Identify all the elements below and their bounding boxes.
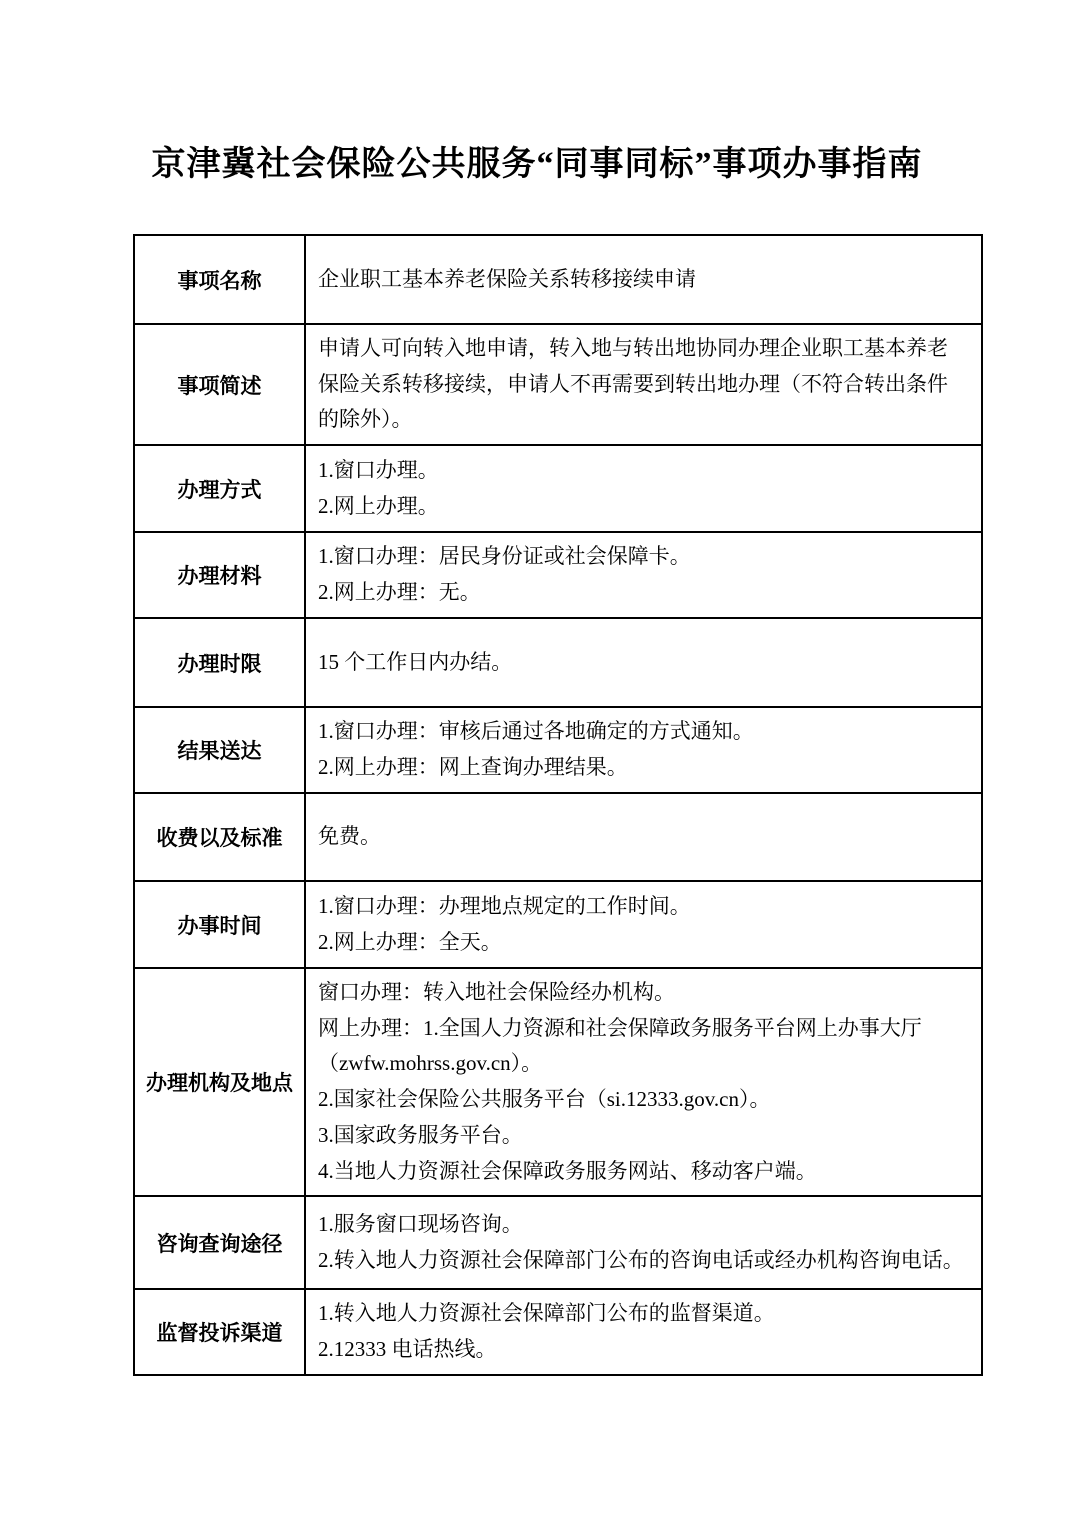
table-row: 办理方式1.窗口办理。2.网上办理。 bbox=[134, 445, 982, 532]
content-line: 3.国家政务服务平台。 bbox=[318, 1118, 967, 1154]
content-line: 1.服务窗口现场咨询。 bbox=[318, 1207, 967, 1243]
row-label: 收费以及标准 bbox=[134, 793, 305, 881]
row-label: 监督投诉渠道 bbox=[134, 1289, 305, 1374]
content-line: 1.窗口办理。 bbox=[318, 453, 967, 489]
row-label: 办理机构及地点 bbox=[134, 968, 305, 1196]
table-row: 办理机构及地点窗口办理：转入地社会保险经办机构。网上办理：1.全国人力资源和社会… bbox=[134, 968, 982, 1196]
row-label: 办事时间 bbox=[134, 881, 305, 968]
content-line: 1.转入地人力资源社会保障部门公布的监督渠道。 bbox=[318, 1296, 967, 1332]
table-row: 收费以及标准免费。 bbox=[134, 793, 982, 881]
table-row: 咨询查询途径1.服务窗口现场咨询。2.转入地人力资源社会保障部门公布的咨询电话或… bbox=[134, 1196, 982, 1289]
row-content: 1.窗口办理。2.网上办理。 bbox=[305, 445, 982, 532]
page-title: 京津冀社会保险公共服务“同事同标”事项办事指南 bbox=[0, 138, 1074, 192]
content-line: 2.网上办理：网上查询办理结果。 bbox=[318, 750, 967, 786]
content-line: 企业职工基本养老保险关系转移接续申请 bbox=[318, 262, 967, 298]
table-row: 办理时限15 个工作日内办结。 bbox=[134, 618, 982, 707]
row-content: 15 个工作日内办结。 bbox=[305, 618, 982, 707]
content-line: 4.当地人力资源社会保障政务服务网站、移动客户端。 bbox=[318, 1154, 967, 1190]
guide-table-body: 事项名称企业职工基本养老保险关系转移接续申请事项简述申请人可向转入地申请，转入地… bbox=[134, 235, 982, 1375]
row-content: 1.窗口办理：办理地点规定的工作时间。2.网上办理：全天。 bbox=[305, 881, 982, 968]
row-label: 咨询查询途径 bbox=[134, 1196, 305, 1289]
content-line: 申请人可向转入地申请，转入地与转出地协同办理企业职工基本养老保险关系转移接续，申… bbox=[318, 331, 967, 438]
content-line: 1.窗口办理：审核后通过各地确定的方式通知。 bbox=[318, 714, 967, 750]
row-content: 窗口办理：转入地社会保险经办机构。网上办理：1.全国人力资源和社会保障政务服务平… bbox=[305, 968, 982, 1196]
row-content: 企业职工基本养老保险关系转移接续申请 bbox=[305, 235, 982, 324]
content-line: 网上办理：1.全国人力资源和社会保障政务服务平台网上办事大厅（zwfw.mohr… bbox=[318, 1011, 967, 1082]
row-content: 1.服务窗口现场咨询。2.转入地人力资源社会保障部门公布的咨询电话或经办机构咨询… bbox=[305, 1196, 982, 1289]
table-row: 结果送达1.窗口办理：审核后通过各地确定的方式通知。2.网上办理：网上查询办理结… bbox=[134, 707, 982, 793]
content-line: 2.国家社会保险公共服务平台（si.12333.gov.cn）。 bbox=[318, 1082, 967, 1118]
content-line: 2.网上办理：无。 bbox=[318, 575, 967, 611]
content-line: 免费。 bbox=[318, 819, 967, 855]
table-row: 办理材料1.窗口办理：居民身份证或社会保障卡。2.网上办理：无。 bbox=[134, 532, 982, 618]
row-content: 申请人可向转入地申请，转入地与转出地协同办理企业职工基本养老保险关系转移接续，申… bbox=[305, 324, 982, 445]
row-label: 办理时限 bbox=[134, 618, 305, 707]
row-label: 办理方式 bbox=[134, 445, 305, 532]
table-row: 办事时间1.窗口办理：办理地点规定的工作时间。2.网上办理：全天。 bbox=[134, 881, 982, 968]
content-line: 2.12333 电话热线。 bbox=[318, 1332, 967, 1368]
content-line: 2.转入地人力资源社会保障部门公布的咨询电话或经办机构咨询电话。 bbox=[318, 1243, 967, 1279]
content-line: 2.网上办理：全天。 bbox=[318, 925, 967, 961]
content-line: 窗口办理：转入地社会保险经办机构。 bbox=[318, 975, 967, 1011]
row-content: 1.窗口办理：居民身份证或社会保障卡。2.网上办理：无。 bbox=[305, 532, 982, 618]
service-guide-table: 事项名称企业职工基本养老保险关系转移接续申请事项简述申请人可向转入地申请，转入地… bbox=[133, 234, 983, 1376]
row-content: 1.转入地人力资源社会保障部门公布的监督渠道。2.12333 电话热线。 bbox=[305, 1289, 982, 1374]
row-label: 结果送达 bbox=[134, 707, 305, 793]
content-line: 15 个工作日内办结。 bbox=[318, 645, 967, 681]
row-content: 免费。 bbox=[305, 793, 982, 881]
content-line: 1.窗口办理：居民身份证或社会保障卡。 bbox=[318, 539, 967, 575]
row-label: 事项简述 bbox=[134, 324, 305, 445]
content-line: 1.窗口办理：办理地点规定的工作时间。 bbox=[318, 889, 967, 925]
content-line: 2.网上办理。 bbox=[318, 489, 967, 525]
row-label: 办理材料 bbox=[134, 532, 305, 618]
table-row: 事项简述申请人可向转入地申请，转入地与转出地协同办理企业职工基本养老保险关系转移… bbox=[134, 324, 982, 445]
table-row: 事项名称企业职工基本养老保险关系转移接续申请 bbox=[134, 235, 982, 324]
row-content: 1.窗口办理：审核后通过各地确定的方式通知。2.网上办理：网上查询办理结果。 bbox=[305, 707, 982, 793]
row-label: 事项名称 bbox=[134, 235, 305, 324]
table-row: 监督投诉渠道1.转入地人力资源社会保障部门公布的监督渠道。2.12333 电话热… bbox=[134, 1289, 982, 1374]
